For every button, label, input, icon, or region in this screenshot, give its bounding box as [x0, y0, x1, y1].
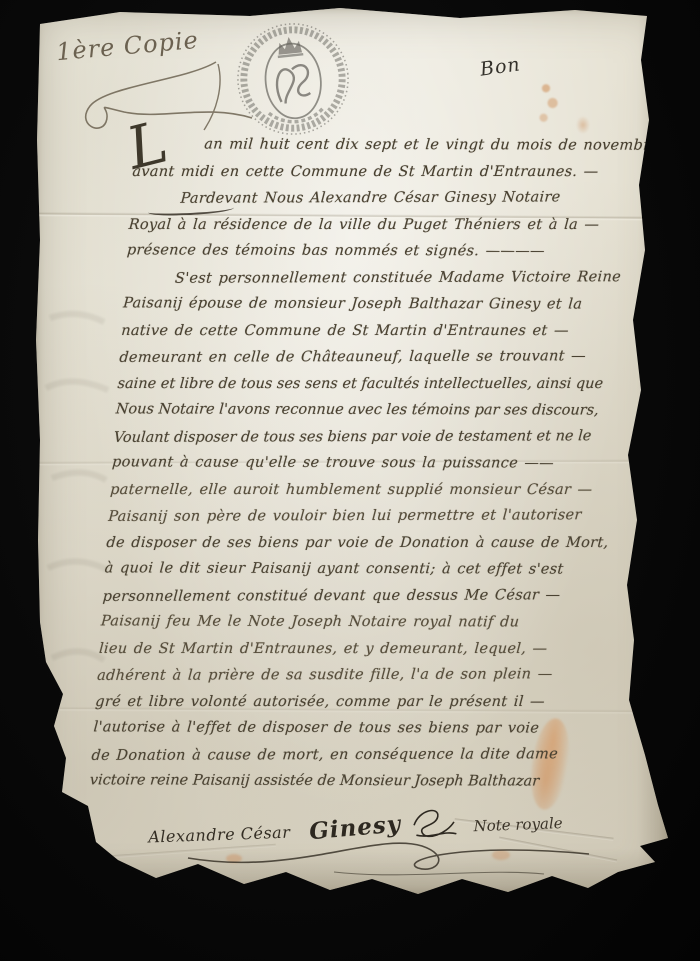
manuscript-line: Paisanij épouse de monsieur Joseph Balth… [122, 290, 638, 318]
manuscript-line: avant midi en cette Commune de St Martin… [131, 159, 647, 186]
manuscript-line: adhérent à la prière de sa susdite fille… [96, 661, 612, 689]
manuscript-line: lieu de St Martin d'Entraunes, et y deme… [98, 636, 614, 663]
manuscript-line: pouvant à cause qu'elle se trouve sous l… [111, 449, 627, 477]
manuscript-line: demeurant en celle de Châteauneuf, laque… [118, 343, 634, 371]
manuscript-line: native de cette Commune de St Martin d'E… [120, 318, 636, 345]
manuscript-line: S'est personnellement constituée Madame … [124, 264, 640, 292]
manuscript-line: de Donation à cause de mort, en conséque… [91, 741, 607, 769]
stamp-crown-icon [277, 36, 302, 55]
manuscript-line: Royal à la résidence de la ville du Puge… [128, 212, 644, 239]
manuscript-line: l'autorise à l'effet de disposer de tous… [93, 714, 609, 742]
manuscript-line: Paisanij feu Me le Note Joseph Notaire r… [100, 608, 616, 636]
signature-underline-flourish [184, 824, 594, 880]
manuscript-line: gré et libre volonté autorisée, comme pa… [94, 689, 610, 716]
manuscript-line: présence des témoins bas nommés et signé… [126, 237, 642, 265]
manuscript-line: Voulant disposer de tous ses biens par v… [113, 423, 629, 451]
manuscript-line: personnellement constitué devant que des… [102, 582, 618, 610]
stamp-crown-base [278, 54, 303, 57]
manuscript-line: de disposer de ses biens par voie de Don… [106, 530, 622, 557]
stamp-monogram [275, 64, 311, 104]
manuscript-line: an mil huit cent dix sept et le vingt du… [133, 131, 649, 159]
manuscript-line: paternelle, elle auroit humblement suppl… [109, 477, 625, 504]
manuscript-line: Nous Notaire l'avons reconnue avec les t… [115, 396, 631, 424]
photo-backdrop: 1ère Copie Bon L an mil huit cent dix se… [0, 0, 700, 961]
manuscript-line: à quoi le dit sieur Paisanij ayant conse… [104, 555, 620, 583]
manuscript-line: victoire reine Paisanij assistée de Mons… [89, 767, 605, 795]
manuscript-paper: 1ère Copie Bon L an mil huit cent dix se… [36, 8, 668, 894]
manuscript-line: Pardevant Nous Alexandre César Ginesy No… [130, 184, 646, 212]
notarial-ink-stamp [234, 20, 352, 138]
manuscript-line: Paisanij son père de vouloir bien lui pe… [107, 502, 623, 530]
manuscript-body: an mil huit cent dix sept et le vingt du… [89, 132, 649, 795]
manuscript-line: saine et libre de tous ses sens et facul… [117, 371, 633, 398]
